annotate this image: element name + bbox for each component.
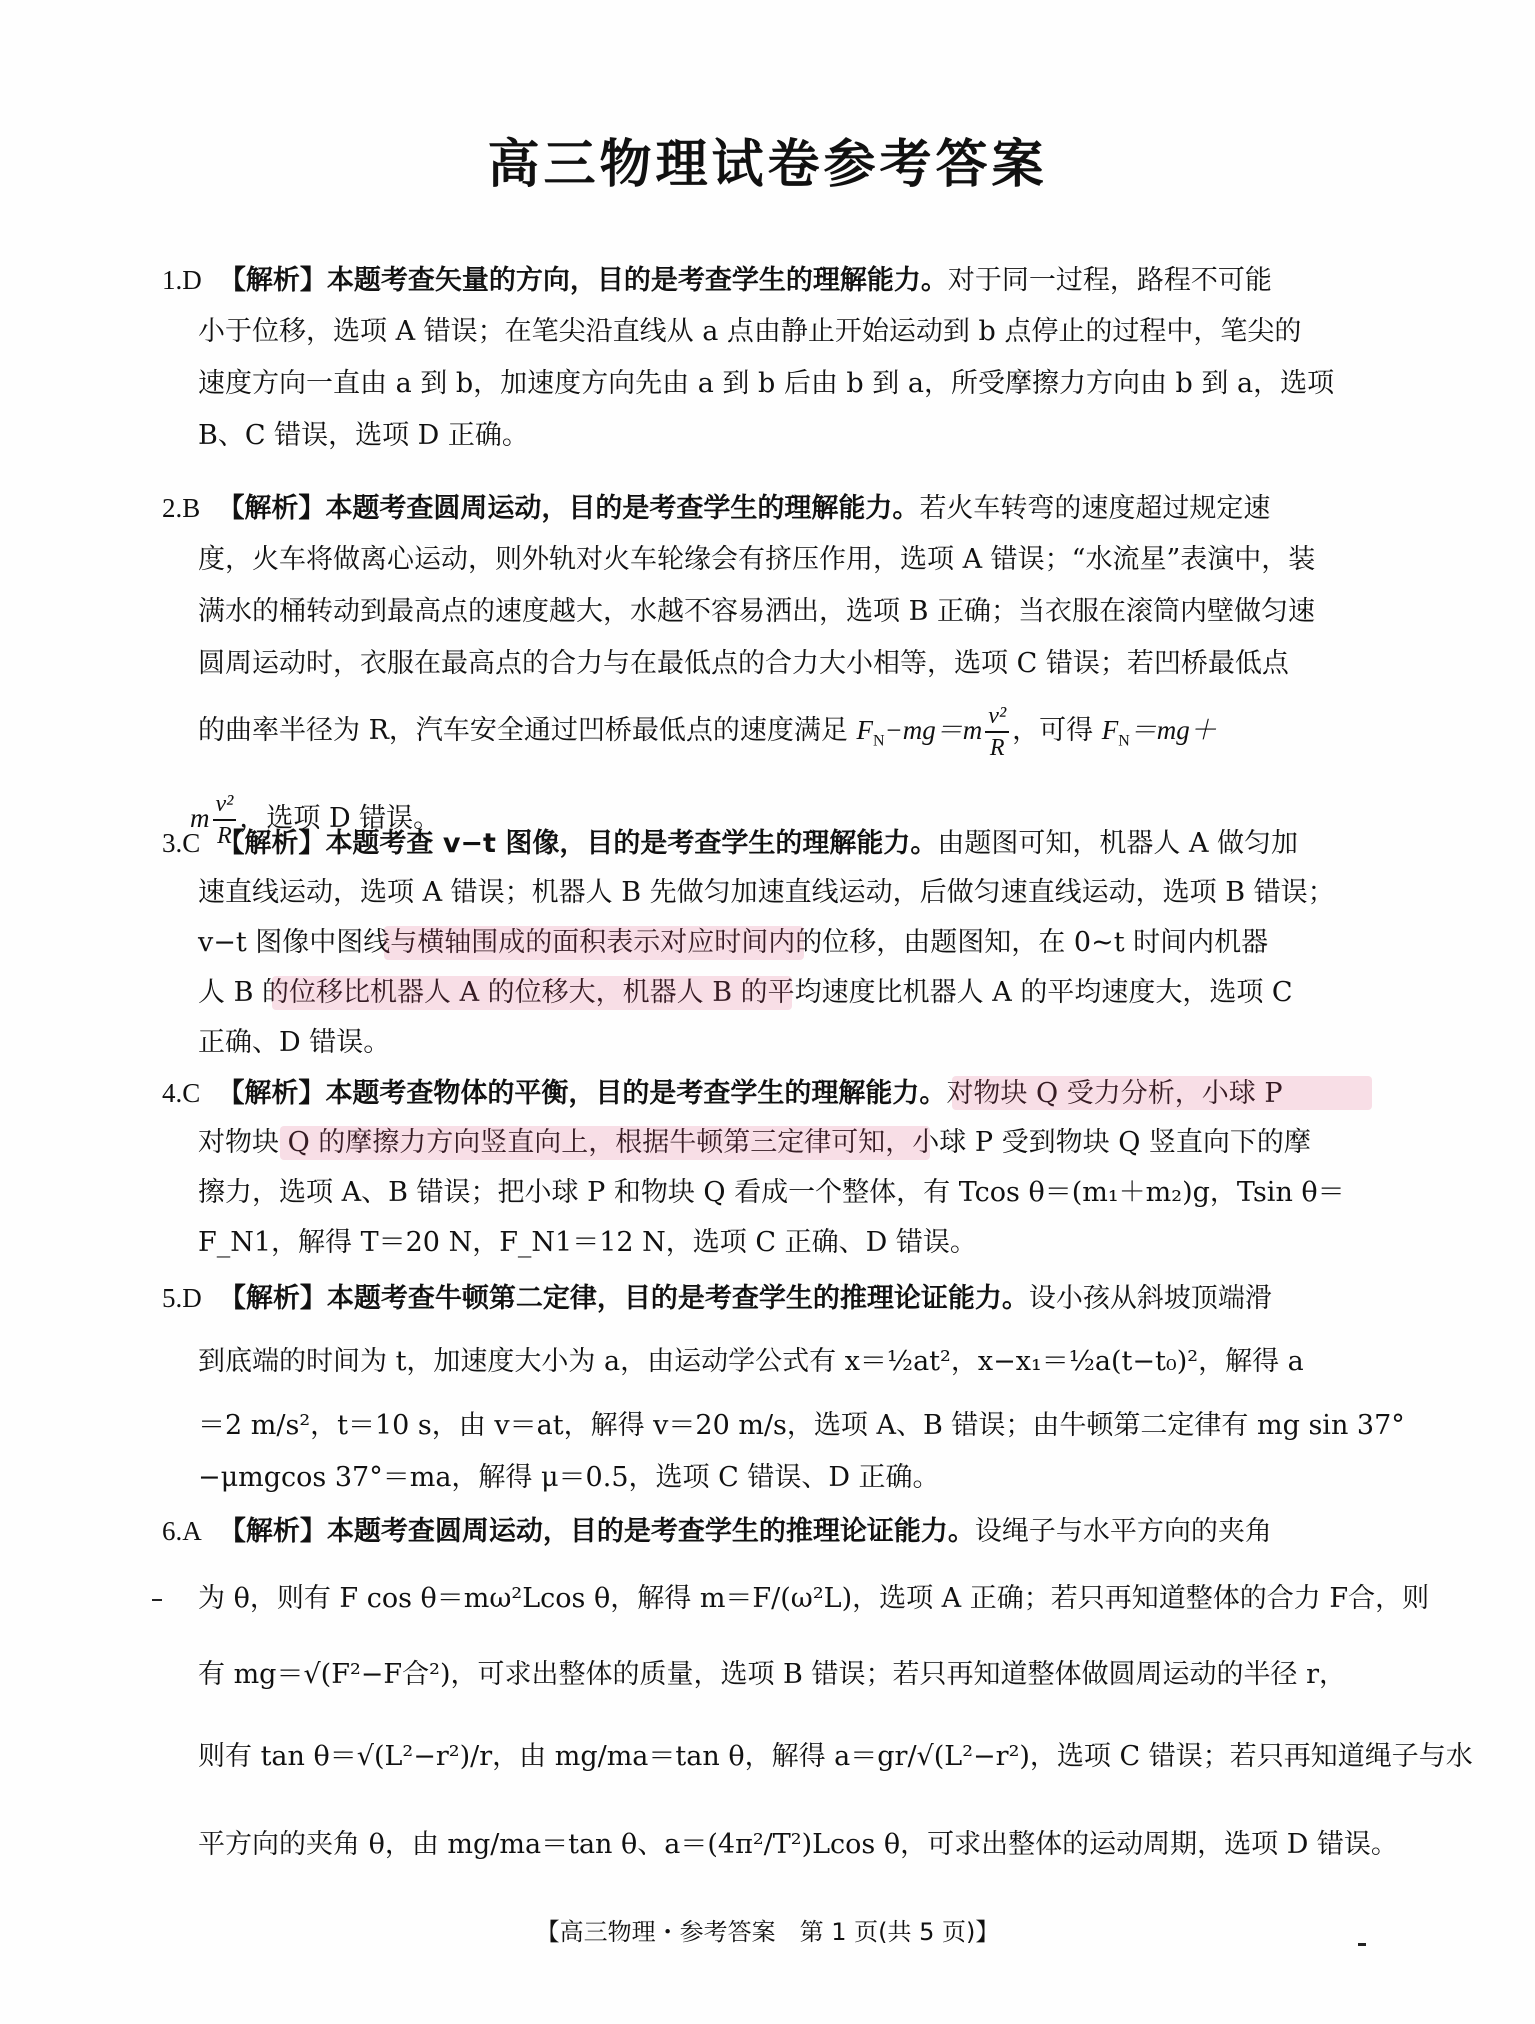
item-lead: 本题考查矢量的方向，目的是考查学生的理解能力。 bbox=[327, 265, 948, 296]
item-text: 由题图可知，机器人 A 做匀加 bbox=[937, 828, 1298, 859]
item-text: 到底端的时间为 t，加速度大小为 a，由运动学公式有 x＝½at²，x−x₁＝½… bbox=[198, 1337, 1304, 1387]
analysis-tag: 【解析】 bbox=[217, 493, 325, 524]
analysis-tag: 【解析】 bbox=[219, 1283, 327, 1314]
item-number: 6. bbox=[162, 1516, 182, 1546]
item-lead: 本题考查 v−t 图像，目的是考查学生的理解能力。 bbox=[325, 828, 937, 859]
ink-smudge bbox=[952, 1076, 1372, 1110]
fraction-v2-over-R: v²R bbox=[985, 704, 1009, 760]
item-text: 速直线运动，选项 A 错误；机器人 B 先做匀加速直线运动，后做匀速直线运动，选… bbox=[198, 868, 1335, 918]
item-text: 设小孩从斜坡顶端滑 bbox=[1029, 1283, 1272, 1314]
item-text: B、C 错误，选项 D 正确。 bbox=[198, 411, 529, 461]
item-answer: C bbox=[182, 828, 200, 858]
ink-smudge bbox=[280, 1126, 930, 1160]
item-lead: 本题考查牛顿第二定律，目的是考查学生的推理论证能力。 bbox=[327, 1283, 1029, 1314]
item-text: 圆周运动时，衣服在最高点的合力与在最低点的合力大小相等，选项 C 错误；若凹桥最… bbox=[198, 639, 1289, 689]
item-text: 正确、D 错误。 bbox=[198, 1018, 390, 1068]
item-text: ＝2 m/s²，t＝10 s，由 v＝at，解得 v＝20 m/s，选项 A、B… bbox=[198, 1401, 1405, 1451]
formula-line: 的曲率半径为 R，汽车安全通过凹桥最低点的速度满足 FN−mg＝mv²R，可得 … bbox=[198, 695, 1217, 776]
analysis-tag: 【解析】 bbox=[217, 1078, 325, 1109]
answer-key-page: 高三物理试卷参考答案 1.D 【解析】本题考查矢量的方向，目的是考查学生的理解能… bbox=[0, 0, 1535, 2024]
page-title: 高三物理试卷参考答案 bbox=[0, 122, 1535, 197]
item-number: 3. bbox=[162, 828, 182, 858]
item-answer: C bbox=[182, 1078, 200, 1108]
item-text: 设绳子与水平方向的夹角 bbox=[975, 1516, 1272, 1547]
ink-smudge bbox=[272, 976, 792, 1010]
analysis-tag: 【解析】 bbox=[219, 265, 327, 296]
scan-speck bbox=[1358, 1943, 1366, 1946]
item-lead: 本题考查圆周运动，目的是考查学生的理解能力。 bbox=[325, 493, 919, 524]
item-text: 的曲率半径为 R，汽车安全通过凹桥最低点的速度满足 bbox=[198, 715, 848, 746]
page-footer: 【高三物理・参考答案 第 1 页(共 5 页)】 bbox=[0, 1912, 1535, 1947]
item-text: 为 θ，则有 F cos θ＝mω²Lcos θ，解得 m＝F/(ω²L)，选项… bbox=[198, 1574, 1429, 1624]
item-text: −μmgcos 37°＝ma，解得 μ＝0.5，选项 C 错误、D 正确。 bbox=[198, 1453, 940, 1503]
item-answer: B bbox=[182, 493, 200, 523]
item-number: 4. bbox=[162, 1078, 182, 1108]
analysis-tag: 【解析】 bbox=[217, 828, 325, 859]
item-text: 若火车转弯的速度超过规定速 bbox=[919, 493, 1270, 524]
item-text: 则有 tan θ＝√(L²−r²)/r，由 mg/ma＝tan θ，解得 a＝g… bbox=[198, 1732, 1473, 1782]
analysis-tag: 【解析】 bbox=[219, 1516, 327, 1547]
ink-smudge bbox=[384, 926, 804, 960]
item-answer: D bbox=[182, 265, 202, 295]
item-text: 有 mg＝√(F²−F合²)，可求出整体的质量，选项 B 错误；若只再知道整体做… bbox=[198, 1650, 1346, 1700]
item-text: 度，火车将做离心运动，则外轨对火车轮缘会有挤压作用，选项 A 错误；“水流星”表… bbox=[198, 535, 1315, 585]
item-answer: D bbox=[182, 1283, 202, 1313]
item-number: 5. bbox=[162, 1283, 182, 1313]
scan-speck bbox=[152, 1599, 162, 1601]
item-text: 小于位移，选项 A 错误；在笔尖沿直线从 a 点由静止开始运动到 b 点停止的过… bbox=[198, 307, 1301, 357]
item-text: 满水的桶转动到最高点的速度越大，水越不容易洒出，选项 B 正确；当衣服在滚筒内壁… bbox=[198, 587, 1315, 637]
item-text: 速度方向一直由 a 到 b，加速度方向先由 a 到 b 后由 b 到 a，所受摩… bbox=[198, 359, 1334, 409]
item-lead: 本题考查物体的平衡，目的是考查学生的理解能力。 bbox=[325, 1078, 946, 1109]
item-number: 2. bbox=[162, 493, 182, 523]
item-lead: 本题考查圆周运动，目的是考查学生的推理论证能力。 bbox=[327, 1516, 975, 1547]
item-number: 1. bbox=[162, 265, 182, 295]
item-text: 擦力，选项 A、B 错误；把小球 P 和物块 Q 看成一个整体，有 Tcos θ… bbox=[198, 1168, 1345, 1218]
item-text: 对于同一过程，路程不可能 bbox=[948, 265, 1272, 296]
item-text: F_N1，解得 T＝20 N，F_N1＝12 N，选项 C 正确、D 错误。 bbox=[198, 1218, 977, 1268]
item-answer: A bbox=[182, 1516, 202, 1546]
item-text: 平方向的夹角 θ，由 mg/ma＝tan θ、a＝(4π²/T²)Lcos θ，… bbox=[198, 1820, 1398, 1870]
